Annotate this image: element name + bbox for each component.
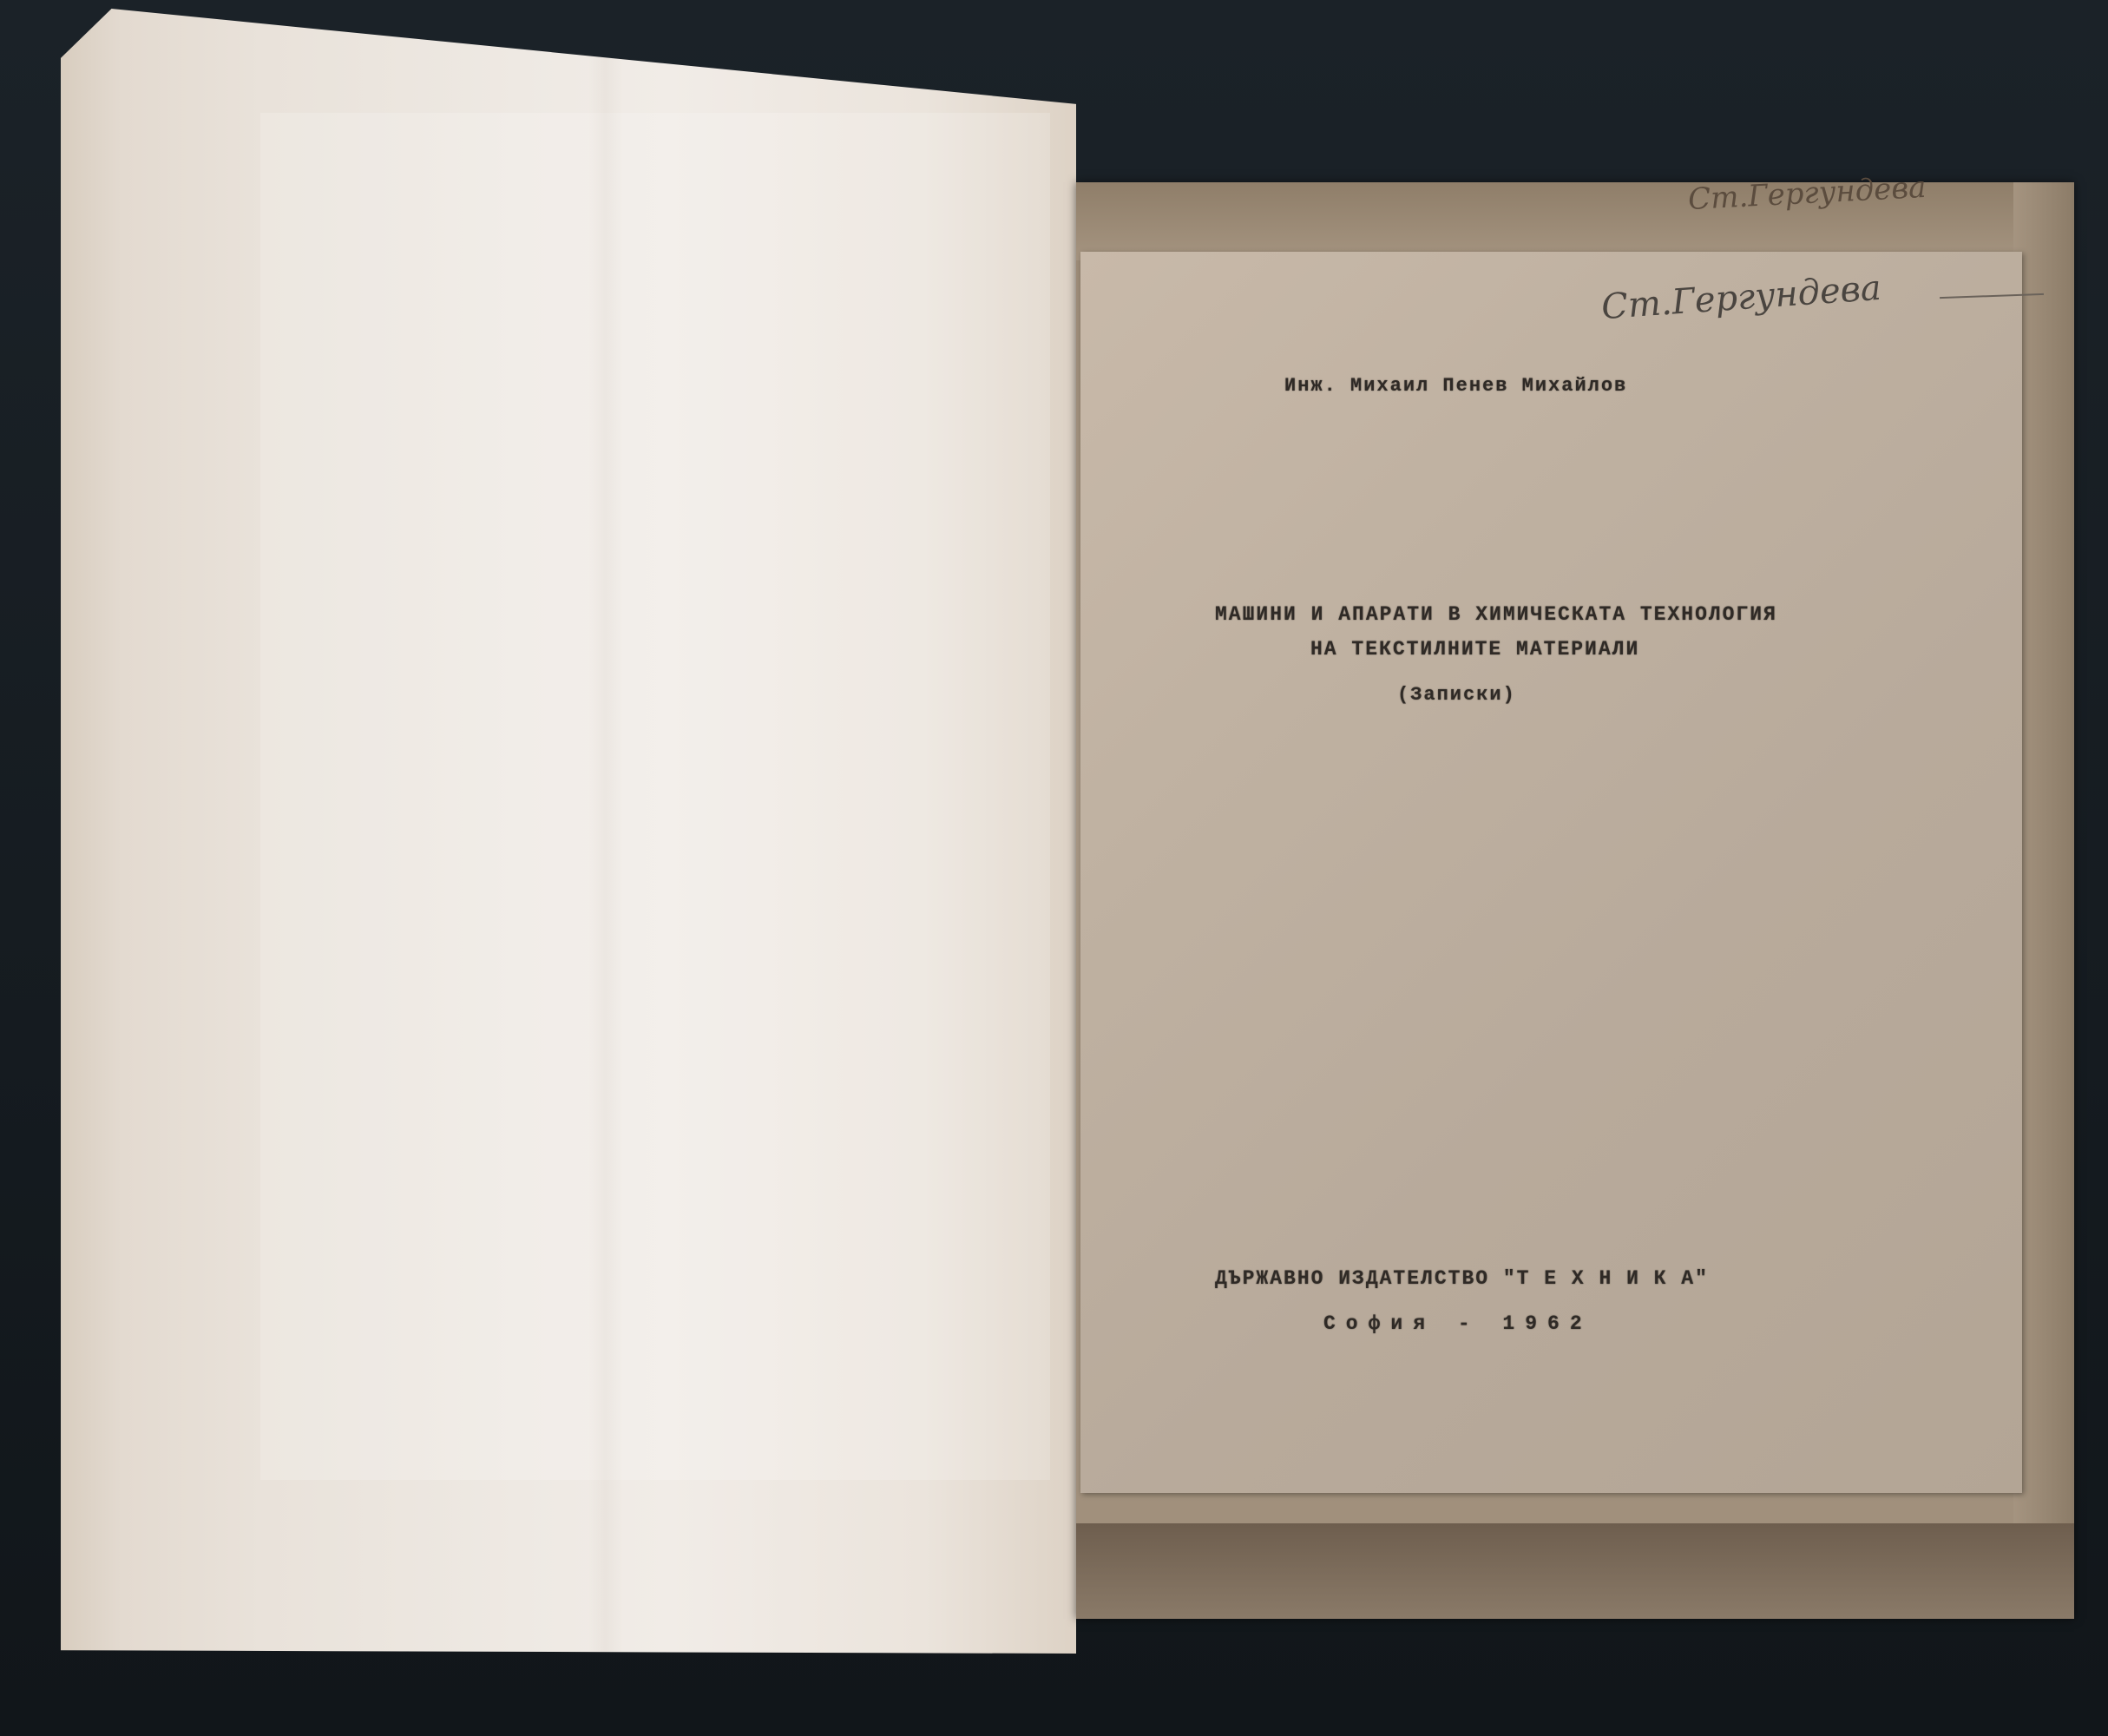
left-endpaper [61,9,1076,1654]
title-page: Ст.Гергундева Инж. Михаил Пенев Михайлов… [1080,252,2022,1493]
page-fold [588,9,623,1654]
page-signature: Ст.Гергундева [1600,268,1882,327]
title-line-2: НА ТЕКСТИЛНИТЕ МАТЕРИАЛИ [1310,638,1639,661]
cover-right-edge [2013,182,2074,1619]
subtitle: (Записки) [1397,684,1516,706]
publisher: ДЪРЖАВНО ИЗДАТЕЛСТВО "Т Е Х Н И К А" [1215,1267,1709,1290]
blank-sheet [260,113,1050,1480]
title-line-1: МАШИНИ И АПАРАТИ В ХИМИЧЕСКАТА ТЕХНОЛОГИ… [1215,603,1777,626]
cover-bottom-edge [1076,1523,2074,1619]
author-line: Инж. Михаил Пенев Михайлов [1284,375,1627,397]
city-year: София - 1962 [1323,1312,1592,1335]
